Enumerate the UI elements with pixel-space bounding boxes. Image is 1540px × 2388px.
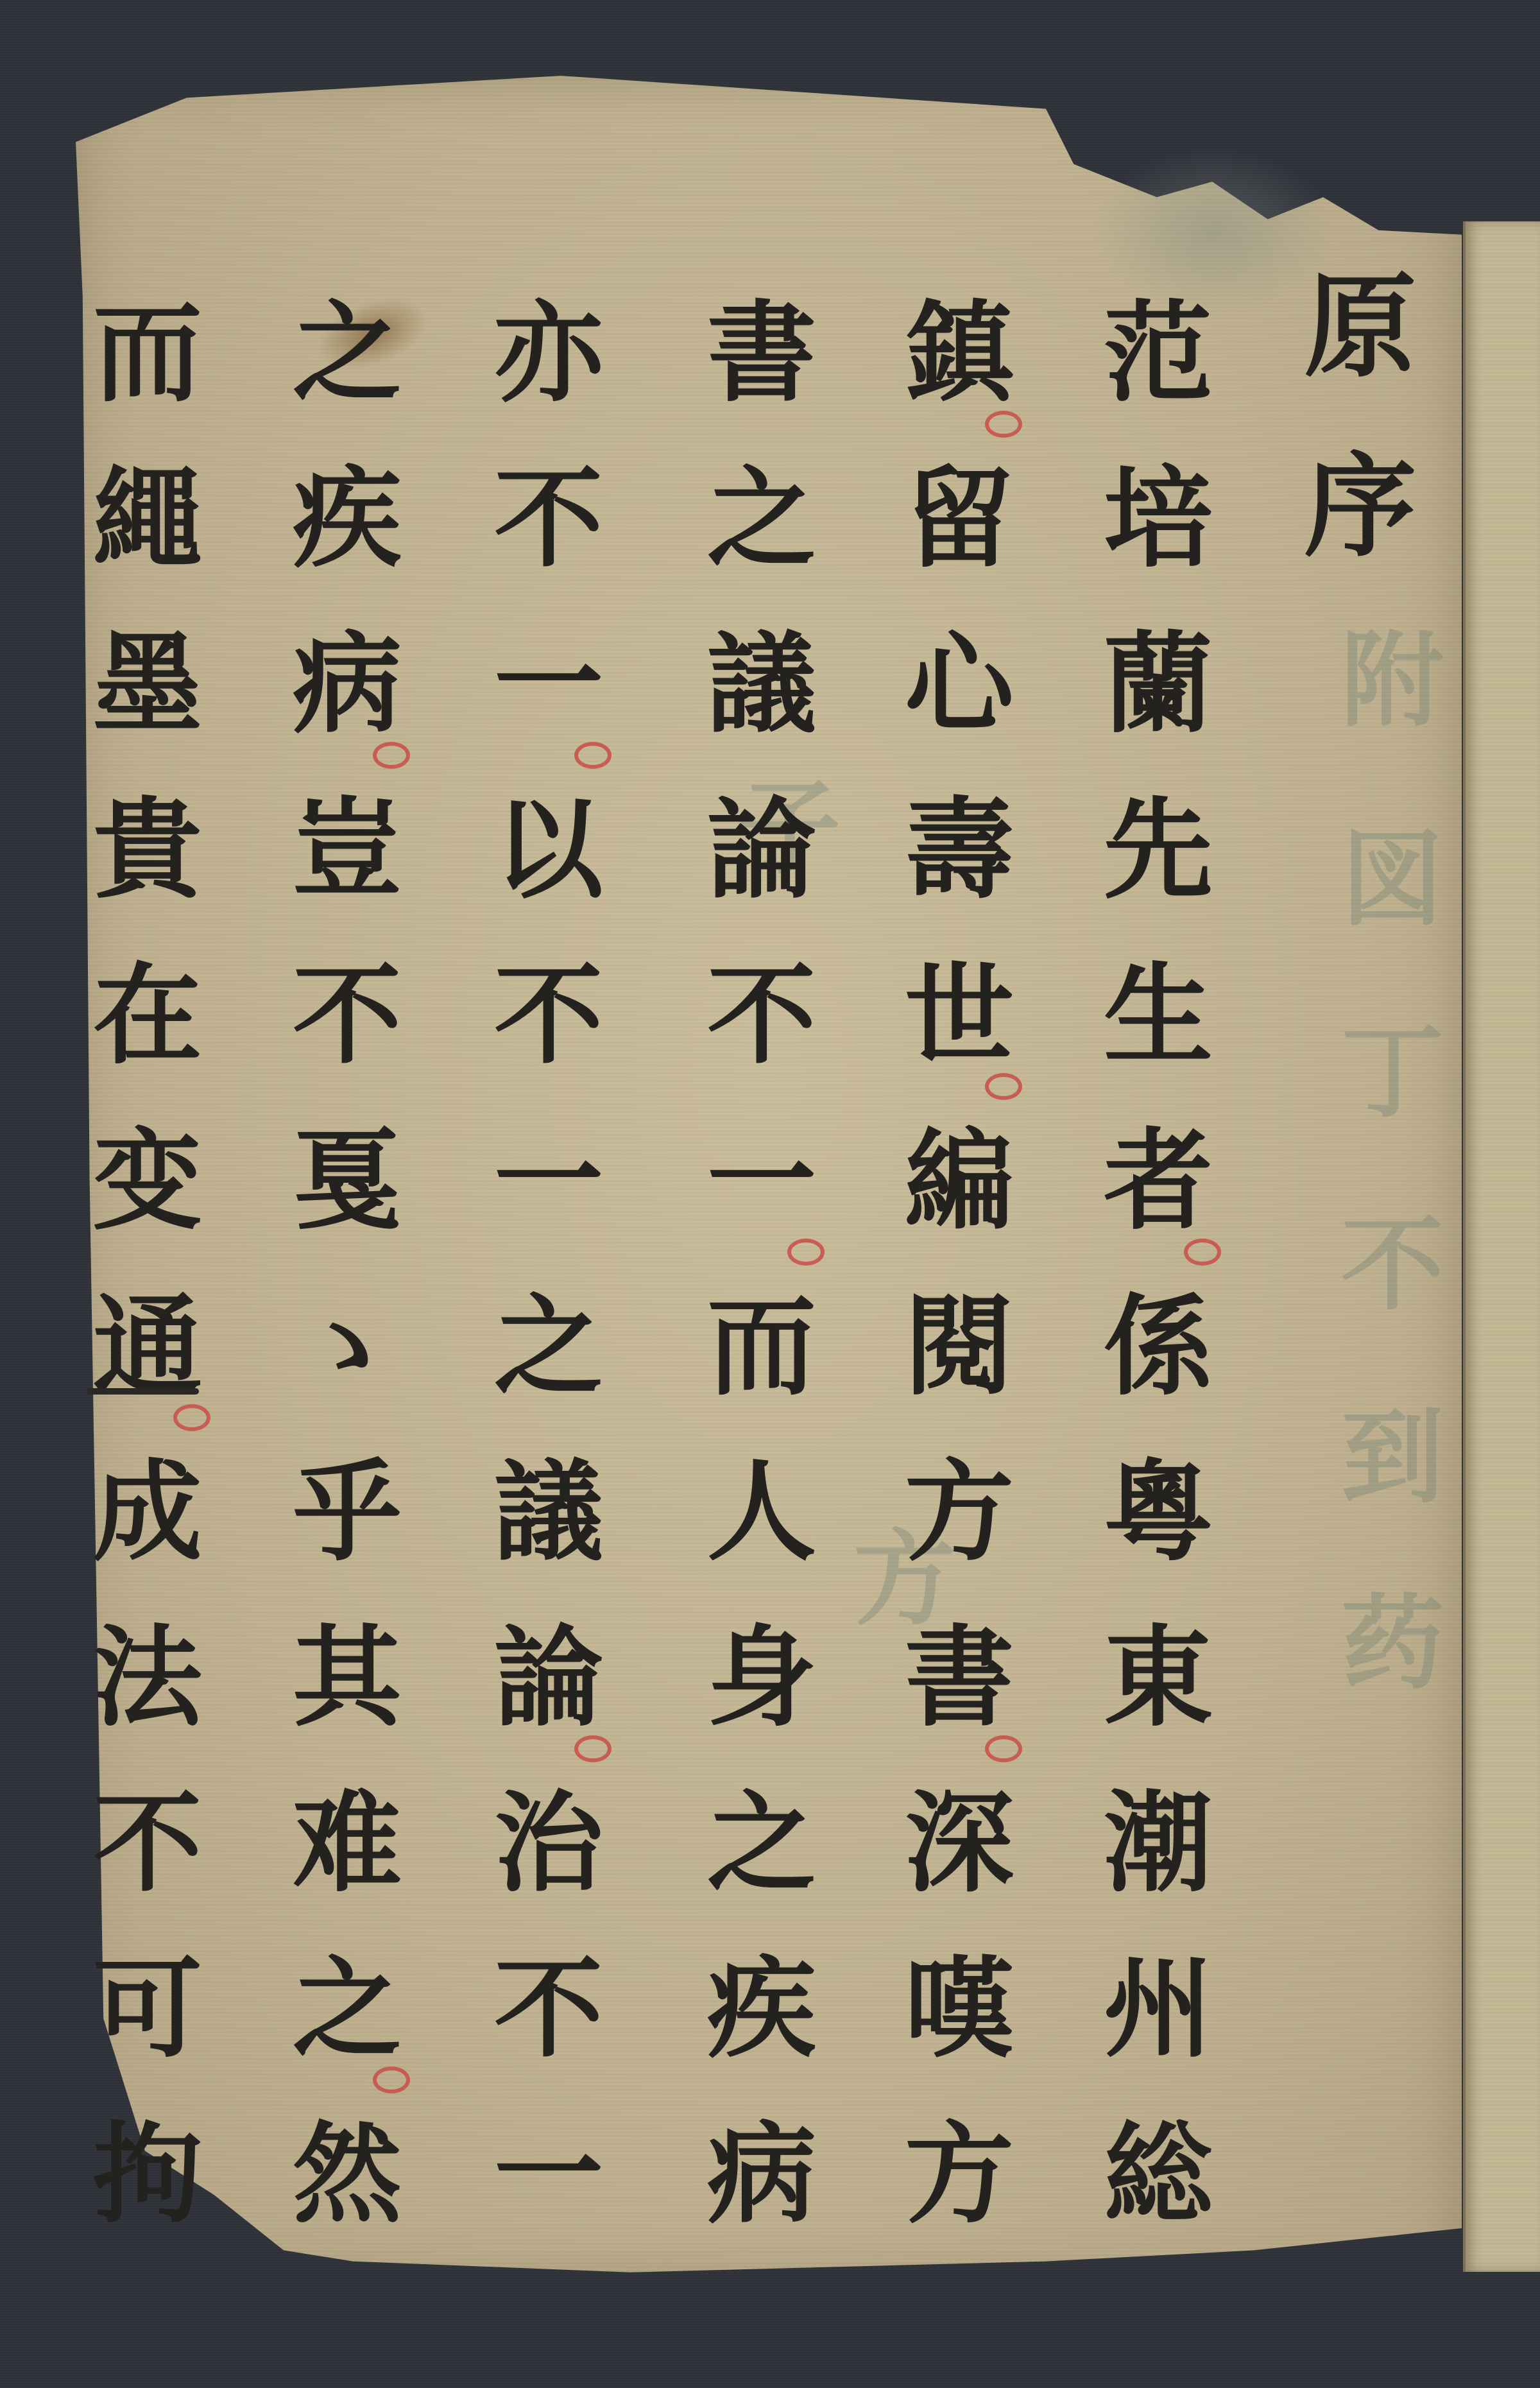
bleed-through-char: 附 — [1322, 610, 1463, 751]
title-char: 原 — [1290, 257, 1431, 398]
text-char: 法 — [77, 1607, 218, 1748]
text-char: 係 — [1088, 1276, 1229, 1417]
text-char: 病 — [277, 614, 418, 755]
red-circle-punctuation-icon — [173, 1404, 210, 1431]
text-char: 一 — [691, 1110, 832, 1251]
text-char: 疾 — [691, 1938, 832, 2079]
text-char: 潮 — [1088, 1773, 1229, 1914]
text-char: 不 — [478, 448, 619, 589]
text-char: 之 — [691, 448, 832, 589]
red-circle-punctuation-icon — [787, 1239, 825, 1266]
text-char: 而 — [77, 282, 218, 424]
text-char: 亦 — [478, 282, 619, 424]
text-char: 一 — [478, 614, 619, 755]
bleed-through-char: 不 — [1322, 1194, 1463, 1335]
text-char: 東 — [1088, 1607, 1229, 1748]
text-char: 州 — [1088, 1938, 1229, 2079]
red-circle-punctuation-icon — [985, 1735, 1022, 1762]
text-char: 以 — [478, 779, 619, 920]
text-char: 総 — [1088, 2104, 1229, 2245]
text-char: 不 — [77, 1773, 218, 1914]
text-char: 不 — [478, 945, 619, 1086]
text-char: 墨 — [77, 614, 218, 755]
text-char: 一 — [478, 2104, 619, 2245]
red-circle-punctuation-icon — [985, 1073, 1022, 1100]
text-char: 变 — [77, 1110, 218, 1251]
text-char: 粵 — [1088, 1441, 1229, 1583]
red-circle-punctuation-icon — [373, 742, 410, 769]
text-char: 培 — [1088, 448, 1229, 589]
text-char: 通 — [77, 1276, 218, 1417]
red-circle-punctuation-icon — [574, 742, 612, 769]
text-char: 壽 — [889, 779, 1030, 920]
text-char: 閱 — [889, 1276, 1030, 1417]
text-char: 人 — [691, 1441, 832, 1583]
bleed-through-char: 丁 — [1322, 1001, 1463, 1142]
text-char: 乎 — [277, 1441, 418, 1583]
text-char: 世 — [889, 945, 1030, 1086]
text-char: 范 — [1088, 282, 1229, 424]
text-char: 豈 — [277, 779, 418, 920]
text-char: 議 — [691, 614, 832, 755]
bleed-through-char: 到 — [1322, 1386, 1463, 1527]
text-char: 生 — [1088, 945, 1229, 1086]
text-char: 而 — [691, 1276, 832, 1417]
text-char: 可 — [77, 1938, 218, 2079]
text-char: 留 — [889, 448, 1030, 589]
text-char: 不 — [478, 1938, 619, 2079]
text-char: 先 — [1088, 779, 1229, 920]
text-char: 一 — [478, 1110, 619, 1251]
title-char: 序 — [1290, 436, 1431, 578]
text-char: 然 — [277, 2104, 418, 2245]
underline-mark — [87, 1388, 199, 1395]
bleed-through-char: 図 — [1322, 809, 1463, 950]
text-char: 难 — [277, 1773, 418, 1914]
text-char: 方 — [889, 2104, 1030, 2245]
text-char: 論 — [478, 1607, 619, 1748]
text-char: 論 — [691, 779, 832, 920]
text-char: 嘆 — [889, 1938, 1030, 2079]
text-char: 拘 — [77, 2104, 218, 2245]
text-char: 之 — [691, 1773, 832, 1914]
text-char: 其 — [277, 1607, 418, 1748]
text-char: 繩 — [77, 448, 218, 589]
text-char: 成 — [77, 1441, 218, 1583]
text-char: 之 — [277, 1938, 418, 2079]
bleed-through-char: 药 — [1322, 1572, 1463, 1714]
text-char: 議 — [478, 1441, 619, 1583]
adjacent-page-edge — [1463, 221, 1540, 2272]
red-circle-punctuation-icon — [574, 1735, 612, 1762]
text-char: 者 — [1088, 1110, 1229, 1251]
text-char: 編 — [889, 1110, 1030, 1251]
text-char: 疾 — [277, 448, 418, 589]
text-char: ゝ — [277, 1276, 418, 1417]
text-char: 蘭 — [1088, 614, 1229, 755]
text-char: 鎮 — [889, 282, 1030, 424]
text-char: 之 — [277, 282, 418, 424]
red-circle-punctuation-icon — [373, 2066, 410, 2093]
text-char: 戛 — [277, 1110, 418, 1251]
text-char: 身 — [691, 1607, 832, 1748]
red-circle-punctuation-icon — [985, 411, 1022, 438]
text-char: 不 — [691, 945, 832, 1086]
text-char: 深 — [889, 1773, 1030, 1914]
text-char: 在 — [77, 945, 218, 1086]
text-char: 方 — [889, 1441, 1030, 1583]
text-char: 之 — [478, 1276, 619, 1417]
red-circle-punctuation-icon — [1184, 1239, 1221, 1266]
text-char: 治 — [478, 1773, 619, 1914]
text-char: 不 — [277, 945, 418, 1086]
text-char: 貴 — [77, 779, 218, 920]
text-char: 書 — [691, 282, 832, 424]
text-char: 病 — [691, 2104, 832, 2245]
text-char: 心 — [889, 614, 1030, 755]
text-char: 書 — [889, 1607, 1030, 1748]
